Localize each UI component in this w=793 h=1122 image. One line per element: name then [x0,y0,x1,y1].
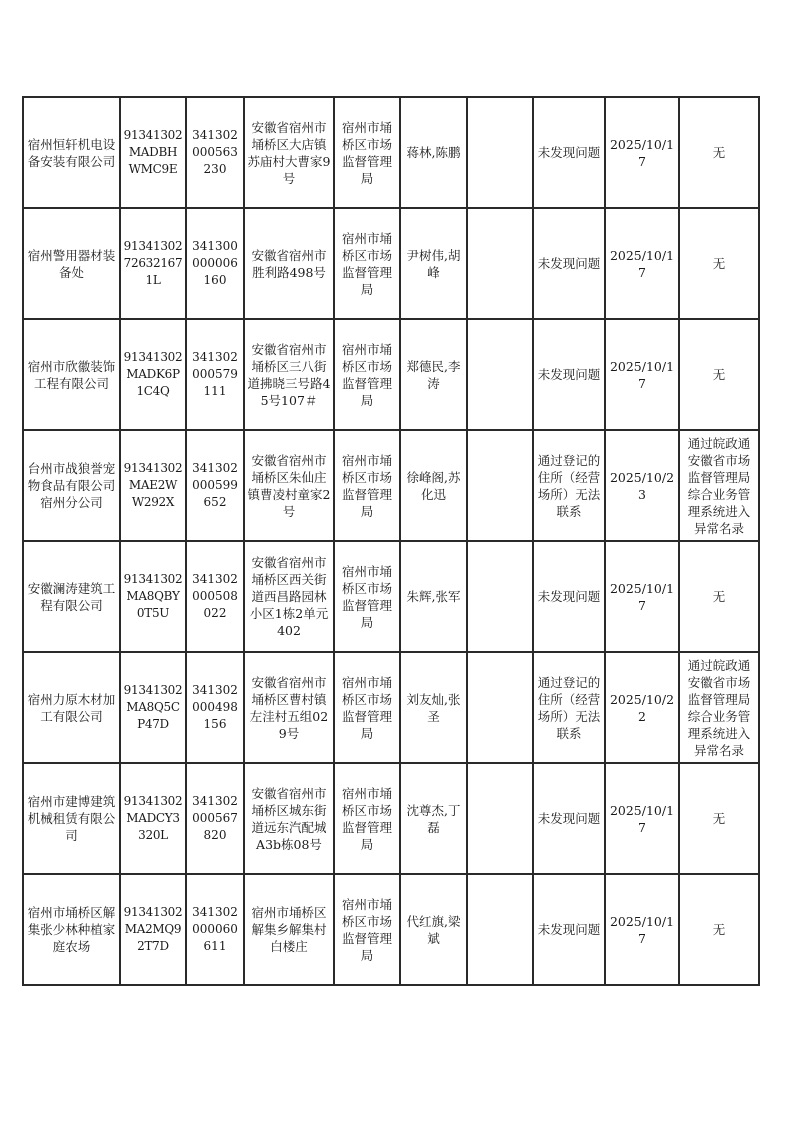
result-cell: 未发现问题 [533,763,605,874]
authority-cell: 宿州市埇桥区市场监督管理局 [334,430,400,541]
handling-cell: 无 [679,97,759,208]
empty-cell [467,430,533,541]
credit-code-cell: 91341302MA8QBY0T5U [120,541,186,652]
table-row: 宿州警用器材装备处 9134130272632167 1L 3413000000… [23,208,759,319]
authority-cell: 宿州市埇桥区市场监督管理局 [334,319,400,430]
empty-cell [467,97,533,208]
inspectors-cell: 蒋林,陈鹏 [400,97,467,208]
company-name-cell: 宿州恒轩机电设备安装有限公司 [23,97,120,208]
registration-number-cell: 341302000567820 [186,763,244,874]
inspectors-cell: 代红旗,梁斌 [400,874,467,985]
table-row: 宿州力原木材加工有限公司 91341302MA8Q5CP47D 34130200… [23,652,759,763]
inspectors-cell: 刘友灿,张圣 [400,652,467,763]
inspectors-cell: 郑德民,李涛 [400,319,467,430]
empty-cell [467,541,533,652]
address-cell: 安徽省宿州市埇桥区曹村镇左洼村五组029号 [244,652,334,763]
company-name-cell: 宿州力原木材加工有限公司 [23,652,120,763]
table-body: 宿州恒轩机电设备安装有限公司 91341302MADBHWMC9E 341302… [23,97,759,985]
result-cell: 通过登记的住所（经营场所）无法联系 [533,652,605,763]
empty-cell [467,208,533,319]
date-cell: 2025/10/17 [605,874,679,985]
company-name-cell: 台州市战狼誉宠物食品有限公司宿州分公司 [23,430,120,541]
date-cell: 2025/10/22 [605,652,679,763]
registration-number-cell: 341302000060611 [186,874,244,985]
authority-cell: 宿州市埇桥区市场监督管理局 [334,874,400,985]
result-cell: 未发现问题 [533,874,605,985]
credit-code-cell: 91341302MAE2WW292X [120,430,186,541]
result-cell: 未发现问题 [533,541,605,652]
authority-cell: 宿州市埇桥区市场监督管理局 [334,763,400,874]
handling-cell: 无 [679,208,759,319]
table-row: 宿州市欣徽装饰工程有限公司 91341302MADK6P1C4Q 3413020… [23,319,759,430]
registration-number-cell: 341302000579111 [186,319,244,430]
handling-cell: 通过皖政通安徽省市场监督管理局综合业务管理系统进入异常名录 [679,430,759,541]
registration-number-cell: 341302000563230 [186,97,244,208]
company-name-cell: 宿州市建博建筑机械租赁有限公司 [23,763,120,874]
credit-code-cell: 91341302MA2MQ92T7D [120,874,186,985]
empty-cell [467,652,533,763]
date-cell: 2025/10/17 [605,208,679,319]
date-cell: 2025/10/23 [605,430,679,541]
authority-cell: 宿州市埇桥区市场监督管理局 [334,208,400,319]
address-cell: 安徽省宿州市埇桥区三八街道拂晓三号路45号107＃ [244,319,334,430]
company-name-cell: 宿州警用器材装备处 [23,208,120,319]
inspectors-cell: 徐峰阁,苏化迅 [400,430,467,541]
credit-code-cell: 91341302MADK6P1C4Q [120,319,186,430]
inspectors-cell: 沈尊杰,丁磊 [400,763,467,874]
empty-cell [467,319,533,430]
credit-code-cell: 91341302MADBHWMC9E [120,97,186,208]
result-cell: 未发现问题 [533,208,605,319]
table-row: 宿州恒轩机电设备安装有限公司 91341302MADBHWMC9E 341302… [23,97,759,208]
table-row: 安徽澜涛建筑工程有限公司 91341302MA8QBY0T5U 34130200… [23,541,759,652]
document-page: 宿州恒轩机电设备安装有限公司 91341302MADBHWMC9E 341302… [0,0,793,1122]
handling-cell: 无 [679,319,759,430]
credit-code-cell: 91341302MADCY3320L [120,763,186,874]
registration-number-cell: 341300000006160 [186,208,244,319]
credit-code-cell: 9134130272632167 1L [120,208,186,319]
credit-code-cell: 91341302MA8Q5CP47D [120,652,186,763]
authority-cell: 宿州市埇桥区市场监督管理局 [334,541,400,652]
date-cell: 2025/10/17 [605,541,679,652]
authority-cell: 宿州市埇桥区市场监督管理局 [334,97,400,208]
table-row: 宿州市埇桥区解集张少林种植家庭农场 91341302MA2MQ92T7D 341… [23,874,759,985]
address-cell: 安徽省宿州市埇桥区西关街道西昌路园林小区1栋2单元402 [244,541,334,652]
result-cell: 未发现问题 [533,97,605,208]
result-cell: 通过登记的住所（经营场所）无法联系 [533,430,605,541]
inspectors-cell: 朱辉,张军 [400,541,467,652]
inspection-records-table: 宿州恒轩机电设备安装有限公司 91341302MADBHWMC9E 341302… [22,96,760,986]
address-cell: 安徽省宿州市埇桥区城东街道远东汽配城A3b栋08号 [244,763,334,874]
address-cell: 安徽省宿州市胜利路498号 [244,208,334,319]
result-cell: 未发现问题 [533,319,605,430]
table-row: 宿州市建博建筑机械租赁有限公司 91341302MADCY3320L 34130… [23,763,759,874]
authority-cell: 宿州市埇桥区市场监督管理局 [334,652,400,763]
inspectors-cell: 尹树伟,胡峰 [400,208,467,319]
registration-number-cell: 341302000599652 [186,430,244,541]
handling-cell: 无 [679,541,759,652]
handling-cell: 通过皖政通安徽省市场监督管理局综合业务管理系统进入异常名录 [679,652,759,763]
date-cell: 2025/10/17 [605,97,679,208]
handling-cell: 无 [679,763,759,874]
company-name-cell: 宿州市埇桥区解集张少林种植家庭农场 [23,874,120,985]
table-row: 台州市战狼誉宠物食品有限公司宿州分公司 91341302MAE2WW292X 3… [23,430,759,541]
date-cell: 2025/10/17 [605,763,679,874]
registration-number-cell: 341302000498156 [186,652,244,763]
empty-cell [467,763,533,874]
empty-cell [467,874,533,985]
company-name-cell: 安徽澜涛建筑工程有限公司 [23,541,120,652]
date-cell: 2025/10/17 [605,319,679,430]
address-cell: 安徽省宿州市埇桥区大店镇苏庙村大曹家9号 [244,97,334,208]
address-cell: 宿州市埇桥区解集乡解集村白楼庄 [244,874,334,985]
handling-cell: 无 [679,874,759,985]
registration-number-cell: 341302000508022 [186,541,244,652]
company-name-cell: 宿州市欣徽装饰工程有限公司 [23,319,120,430]
address-cell: 安徽省宿州市埇桥区朱仙庄镇曹凌村童家2号 [244,430,334,541]
